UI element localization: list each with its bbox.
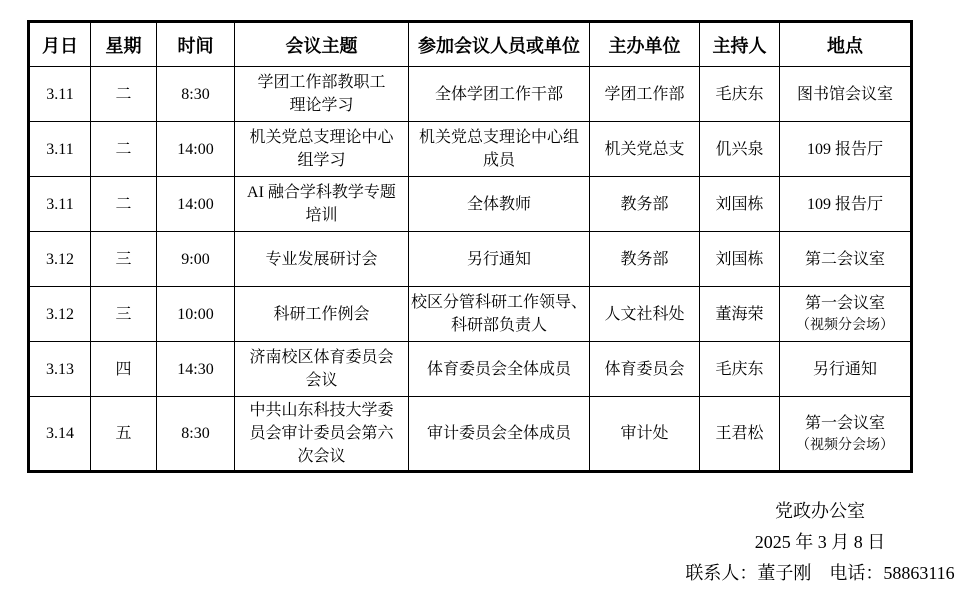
cell-date: 3.12 — [29, 232, 91, 287]
cell-weekday: 三 — [91, 232, 157, 287]
location-text: 另行通知 — [783, 358, 907, 381]
cell-topic: 济南校区体育委员会 会议 — [235, 342, 409, 397]
cell-weekday: 五 — [91, 397, 157, 472]
schedule-row: 3.14五8:30中共山东科技大学委 员会审计委员会第六 次会议审计委员会全体成… — [29, 397, 912, 472]
cell-participants: 全体学团工作干部 — [409, 67, 590, 122]
cell-topic: 专业发展研讨会 — [235, 232, 409, 287]
location-note: （视频分会场） — [783, 315, 907, 336]
cell-topic: 中共山东科技大学委 员会审计委员会第六 次会议 — [235, 397, 409, 472]
cell-host: 毛庆东 — [700, 67, 780, 122]
column-header-host: 主持人 — [700, 22, 780, 67]
location-text: 第一会议室 — [783, 412, 907, 435]
issuing-office: 党政办公室 — [670, 496, 970, 527]
cell-location: 第二会议室 — [780, 232, 912, 287]
column-header-topic: 会议主题 — [235, 22, 409, 67]
cell-weekday: 二 — [91, 67, 157, 122]
cell-location: 109 报告厅 — [780, 177, 912, 232]
cell-host: 刘国栋 — [700, 232, 780, 287]
schedule-row: 3.11二14:00AI 融合学科教学专题 培训全体教师教务部刘国栋109 报告… — [29, 177, 912, 232]
cell-organizer: 审计处 — [590, 397, 700, 472]
issue-date: 2025 年 3 月 8 日 — [670, 527, 970, 558]
schedule-body: 3.11二8:30学团工作部教职工 理论学习全体学团工作干部学团工作部毛庆东图书… — [29, 67, 912, 472]
location-text: 109 报告厅 — [783, 138, 907, 161]
column-header-location: 地点 — [780, 22, 912, 67]
schedule-row: 3.11二8:30学团工作部教职工 理论学习全体学团工作干部学团工作部毛庆东图书… — [29, 67, 912, 122]
cell-organizer: 人文社科处 — [590, 287, 700, 342]
cell-weekday: 二 — [91, 122, 157, 177]
column-header-date: 月日 — [29, 22, 91, 67]
cell-location: 109 报告厅 — [780, 122, 912, 177]
cell-weekday: 四 — [91, 342, 157, 397]
cell-topic: 机关党总支理论中心 组学习 — [235, 122, 409, 177]
cell-host: 毛庆东 — [700, 342, 780, 397]
cell-time: 14:30 — [157, 342, 235, 397]
signature-block: 党政办公室 2025 年 3 月 8 日 联系人：董子刚 电话：58863116 — [670, 496, 970, 589]
location-text: 图书馆会议室 — [783, 83, 907, 106]
cell-location: 图书馆会议室 — [780, 67, 912, 122]
cell-participants: 全体教师 — [409, 177, 590, 232]
schedule-row: 3.11二14:00机关党总支理论中心 组学习机关党总支理论中心组 成员机关党总… — [29, 122, 912, 177]
cell-weekday: 三 — [91, 287, 157, 342]
location-note: （视频分会场） — [783, 435, 907, 456]
schedule-row: 3.12三9:00专业发展研讨会另行通知教务部刘国栋第二会议室 — [29, 232, 912, 287]
cell-date: 3.11 — [29, 177, 91, 232]
cell-location: 另行通知 — [780, 342, 912, 397]
cell-date: 3.13 — [29, 342, 91, 397]
cell-date: 3.14 — [29, 397, 91, 472]
cell-date: 3.12 — [29, 287, 91, 342]
location-text: 第一会议室 — [783, 292, 907, 315]
cell-time: 14:00 — [157, 177, 235, 232]
cell-host: 仉兴泉 — [700, 122, 780, 177]
cell-organizer: 学团工作部 — [590, 67, 700, 122]
cell-participants: 体育委员会全体成员 — [409, 342, 590, 397]
cell-organizer: 教务部 — [590, 177, 700, 232]
cell-location: 第一会议室（视频分会场） — [780, 397, 912, 472]
cell-topic: AI 融合学科教学专题 培训 — [235, 177, 409, 232]
schedule-row: 3.13四14:30济南校区体育委员会 会议体育委员会全体成员体育委员会毛庆东另… — [29, 342, 912, 397]
cell-organizer: 教务部 — [590, 232, 700, 287]
column-header-participants: 参加会议人员或单位 — [409, 22, 590, 67]
column-header-time: 时间 — [157, 22, 235, 67]
contact-line: 联系人：董子刚 电话：58863116 — [670, 558, 970, 589]
cell-date: 3.11 — [29, 122, 91, 177]
location-text: 第二会议室 — [783, 248, 907, 271]
cell-organizer: 体育委员会 — [590, 342, 700, 397]
column-header-weekday: 星期 — [91, 22, 157, 67]
header-row: 月日星期时间会议主题参加会议人员或单位主办单位主持人地点 — [29, 22, 912, 67]
cell-host: 刘国栋 — [700, 177, 780, 232]
cell-weekday: 二 — [91, 177, 157, 232]
cell-participants: 校区分管科研工作领导、 科研部负责人 — [409, 287, 590, 342]
cell-topic: 学团工作部教职工 理论学习 — [235, 67, 409, 122]
location-text: 109 报告厅 — [783, 193, 907, 216]
cell-time: 10:00 — [157, 287, 235, 342]
cell-host: 王君松 — [700, 397, 780, 472]
cell-time: 9:00 — [157, 232, 235, 287]
meeting-schedule-sheet: 月日星期时间会议主题参加会议人员或单位主办单位主持人地点 3.11二8:30学团… — [0, 0, 970, 595]
cell-time: 8:30 — [157, 67, 235, 122]
cell-location: 第一会议室（视频分会场） — [780, 287, 912, 342]
cell-participants: 机关党总支理论中心组 成员 — [409, 122, 590, 177]
cell-time: 14:00 — [157, 122, 235, 177]
schedule-row: 3.12三10:00科研工作例会校区分管科研工作领导、 科研部负责人人文社科处董… — [29, 287, 912, 342]
cell-participants: 另行通知 — [409, 232, 590, 287]
cell-date: 3.11 — [29, 67, 91, 122]
column-header-organizer: 主办单位 — [590, 22, 700, 67]
cell-topic: 科研工作例会 — [235, 287, 409, 342]
cell-participants: 审计委员会全体成员 — [409, 397, 590, 472]
cell-organizer: 机关党总支 — [590, 122, 700, 177]
cell-time: 8:30 — [157, 397, 235, 472]
cell-host: 董海荣 — [700, 287, 780, 342]
meeting-schedule-table: 月日星期时间会议主题参加会议人员或单位主办单位主持人地点 3.11二8:30学团… — [27, 20, 913, 473]
